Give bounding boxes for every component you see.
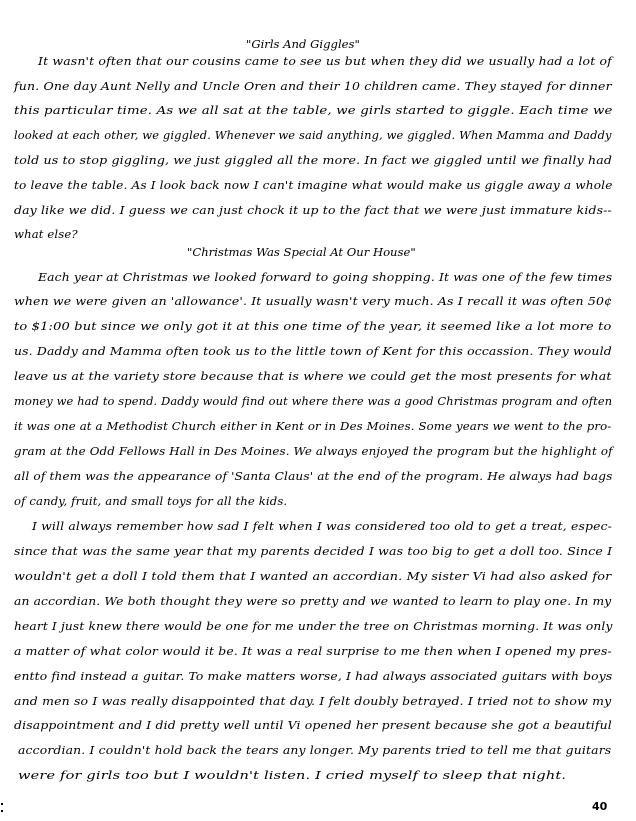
paragraph-line: of candy, fruit, and small toys for all … [14, 494, 287, 508]
paragraph-line: It wasn't often that our cousins came to… [38, 54, 612, 68]
paragraph-line: disappointment and I did pretty well unt… [14, 718, 612, 732]
paragraph-line: looked at each other, we giggled. Whenev… [14, 128, 612, 142]
paragraph-line: a matter of what color would it be. It w… [14, 644, 612, 658]
paragraph-line: it was one at a Methodist Church either … [14, 419, 611, 433]
scan-mark [1, 810, 3, 812]
paragraph-line: us. Daddy and Mamma often took us to the… [14, 344, 612, 358]
paragraph-line: gram at the Odd Fellows Hall in Des Moin… [14, 444, 613, 458]
paragraph-line: day like we did. I guess we can just cho… [14, 203, 612, 217]
paragraph-line: when we were given an 'allowance'. It us… [14, 294, 612, 308]
paragraph-line: what else? [14, 227, 78, 241]
paragraph-line: accordian. I couldn't hold back the tear… [18, 743, 611, 757]
paragraph-line: money we had to spend. Daddy would find … [14, 394, 612, 408]
paragraph-line: leave us at the variety store because th… [14, 369, 612, 383]
paragraph-line: and men so I was really disappointed tha… [14, 694, 611, 708]
paragraph-line: to $1:00 but since we only got it at thi… [14, 319, 612, 333]
page-number: 40 [592, 800, 607, 813]
paragraph-line: to leave the table. As I look back now I… [14, 178, 613, 192]
paragraph-line: entto find instead a guitar. To make mat… [14, 669, 612, 683]
section-title-girls-and-giggles: "Girls And Giggles" [246, 37, 360, 51]
paragraph-line: I will always remember how sad I felt wh… [32, 519, 612, 533]
paragraph-line: all of them was the appearance of 'Santa… [14, 469, 613, 483]
paragraph-line: an accordian. We both thought they were … [14, 594, 611, 608]
paragraph-line: Each year at Christmas we looked forward… [38, 270, 612, 284]
paragraph-line: wouldn't get a doll I told them that I w… [14, 569, 611, 583]
scan-mark [1, 803, 3, 805]
document-page: "Girls And Giggles" It wasn't often that… [0, 0, 636, 821]
paragraph-line: fun. One day Aunt Nelly and Uncle Oren a… [14, 79, 612, 93]
paragraph-line: this particular time. As we all sat at t… [14, 103, 613, 117]
paragraph-line: were for girls too but I wouldn't listen… [18, 768, 566, 782]
paragraph-line: told us to stop giggling, we just giggle… [14, 153, 612, 167]
paragraph-line: since that was the same year that my par… [14, 544, 612, 558]
paragraph-line: heart I just knew there would be one for… [14, 619, 613, 633]
section-title-christmas: "Christmas Was Special At Our House" [187, 245, 416, 259]
